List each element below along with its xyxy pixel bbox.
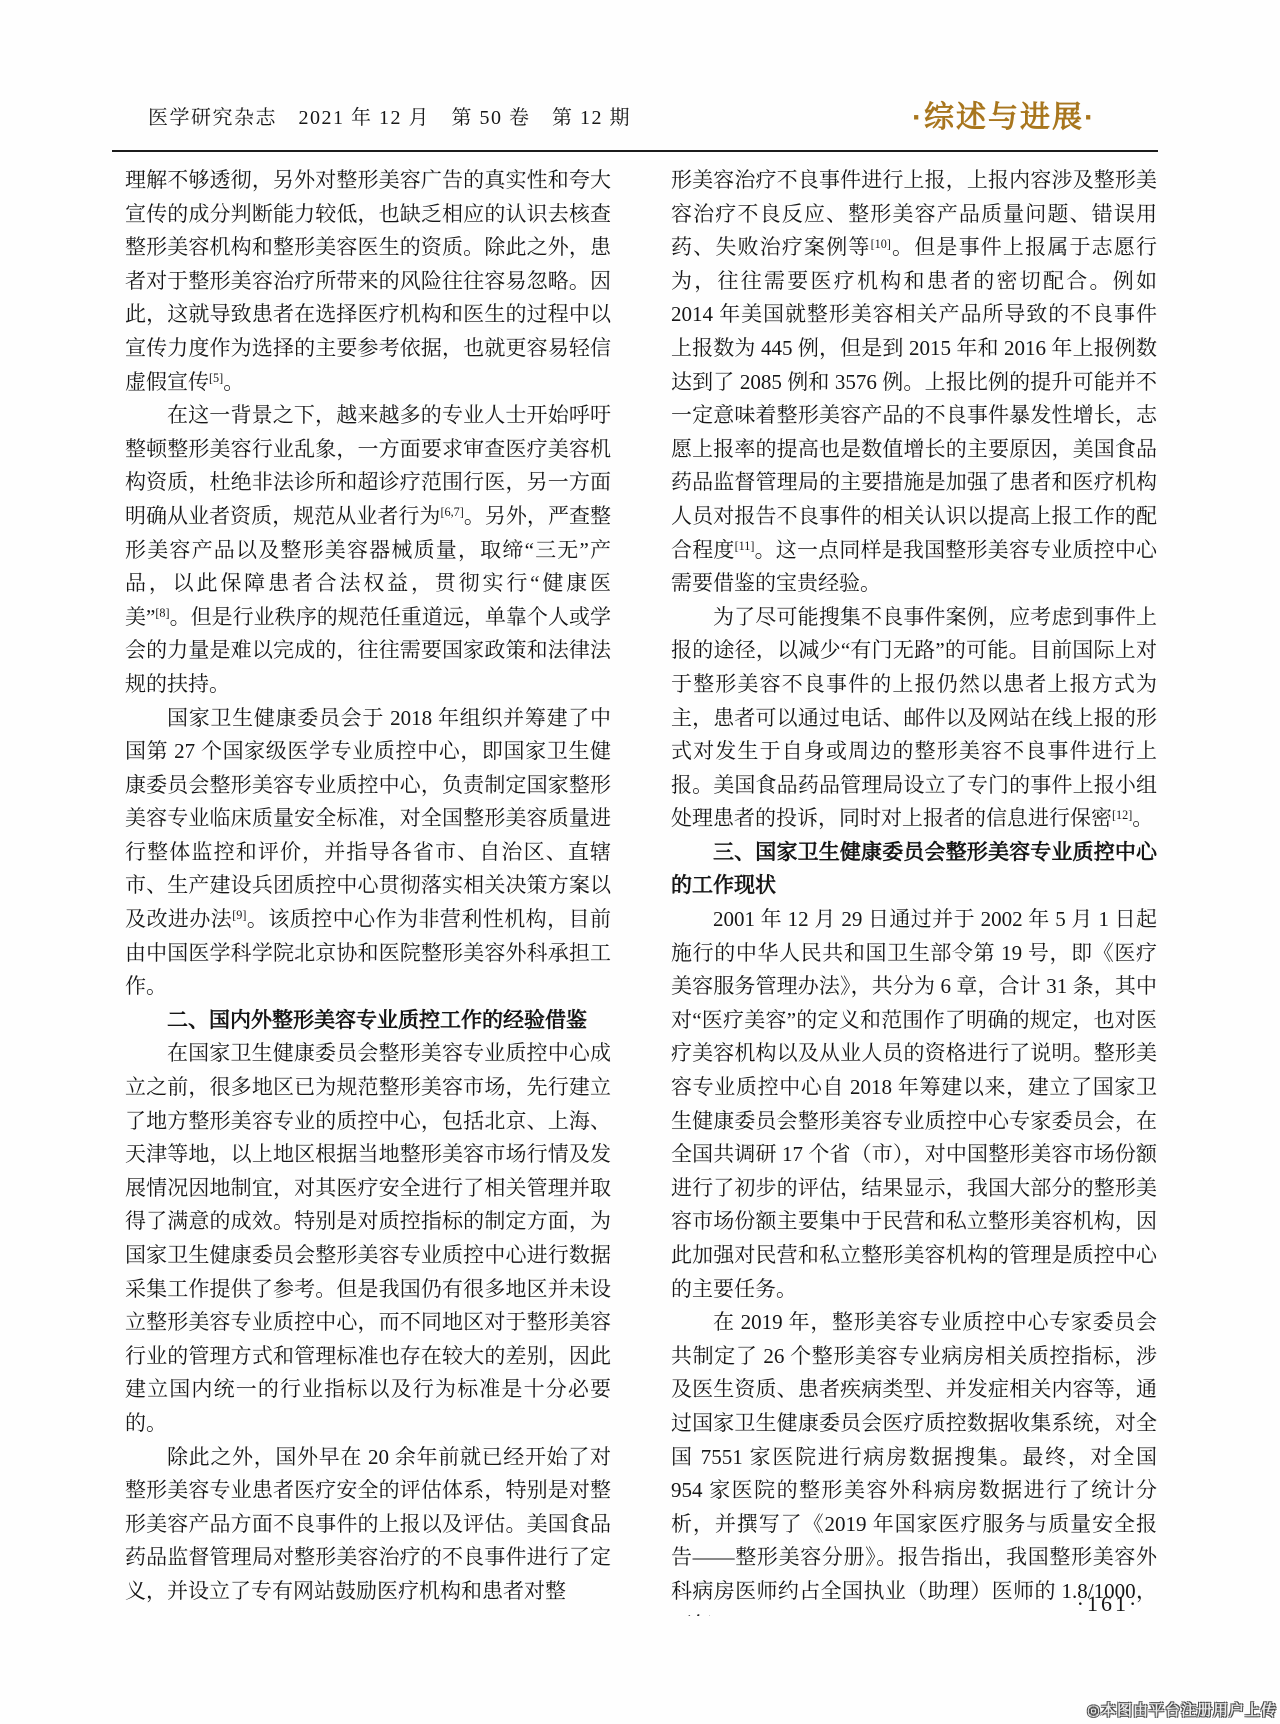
reference-marker: [12]: [1112, 808, 1132, 822]
reference-marker: [6,7]: [440, 505, 463, 519]
paragraph: 在国家卫生健康委员会整形美容专业质控中心成立之前，很多地区已为规范整形美容市场，…: [125, 1037, 611, 1440]
article-columns: 理解不够透彻，另外对整形美容广告的真实性和夸大宣传的成分判断能力较低，也缺乏相应…: [125, 164, 1157, 1616]
header-divider: [112, 150, 1158, 152]
paragraph: 形美容治疗不良事件进行上报，上报内容涉及整形美容治疗不良反应、整形美容产品质量问…: [671, 164, 1157, 601]
reference-marker: [10]: [871, 237, 891, 251]
section-banner: ·综述与进展·: [836, 92, 1172, 136]
right-column: 形美容治疗不良事件进行上报，上报内容涉及整形美容治疗不良反应、整形美容产品质量问…: [671, 164, 1157, 1616]
reference-marker: [11]: [735, 539, 755, 553]
paragraph: 除此之外，国外早在 20 余年前就已经开始了对整形美容专业患者医疗安全的评估体系…: [125, 1441, 611, 1609]
reference-marker: [8]: [155, 606, 169, 620]
reference-marker: [5]: [209, 371, 223, 385]
section-heading: 二、国内外整形美容专业质控工作的经验借鉴: [125, 1004, 611, 1038]
journal-page: 医学研究杂志 2021 年 12 月 第 50 卷 第 12 期 ·综述与进展·…: [0, 0, 1280, 1724]
upload-watermark: ◎本图由平台注册用户上传: [1087, 1699, 1277, 1720]
left-column: 理解不够透彻，另外对整形美容广告的真实性和夸大宣传的成分判断能力较低，也缺乏相应…: [125, 164, 611, 1616]
paragraph: 2001 年 12 月 29 日通过并于 2002 年 5 月 1 日起施行的中…: [671, 903, 1157, 1306]
journal-citation: 医学研究杂志 2021 年 12 月 第 50 卷 第 12 期: [148, 101, 631, 130]
paragraph: 为了尽可能搜集不良事件案例，应考虑到事件上报的途径，以减少“有门无路”的可能。目…: [671, 601, 1157, 836]
paragraph: 在这一背景之下，越来越多的专业人士开始呼吁整顿整形美容行业乱象，一方面要求审查医…: [125, 399, 611, 701]
page-number: ·161·: [1048, 1591, 1168, 1617]
paragraph: 在 2019 年，整形美容专业质控中心专家委员会共制定了 26 个整形美容专业病…: [671, 1306, 1157, 1616]
paragraph: 国家卫生健康委员会于 2018 年组织并筹建了中国第 27 个国家级医学专业质控…: [125, 702, 611, 1004]
reference-marker: [9]: [232, 908, 246, 922]
paragraph: 理解不够透彻，另外对整形美容广告的真实性和夸大宣传的成分判断能力较低，也缺乏相应…: [125, 164, 611, 399]
section-heading: 三、国家卫生健康委员会整形美容专业质控中心的工作现状: [671, 836, 1157, 903]
